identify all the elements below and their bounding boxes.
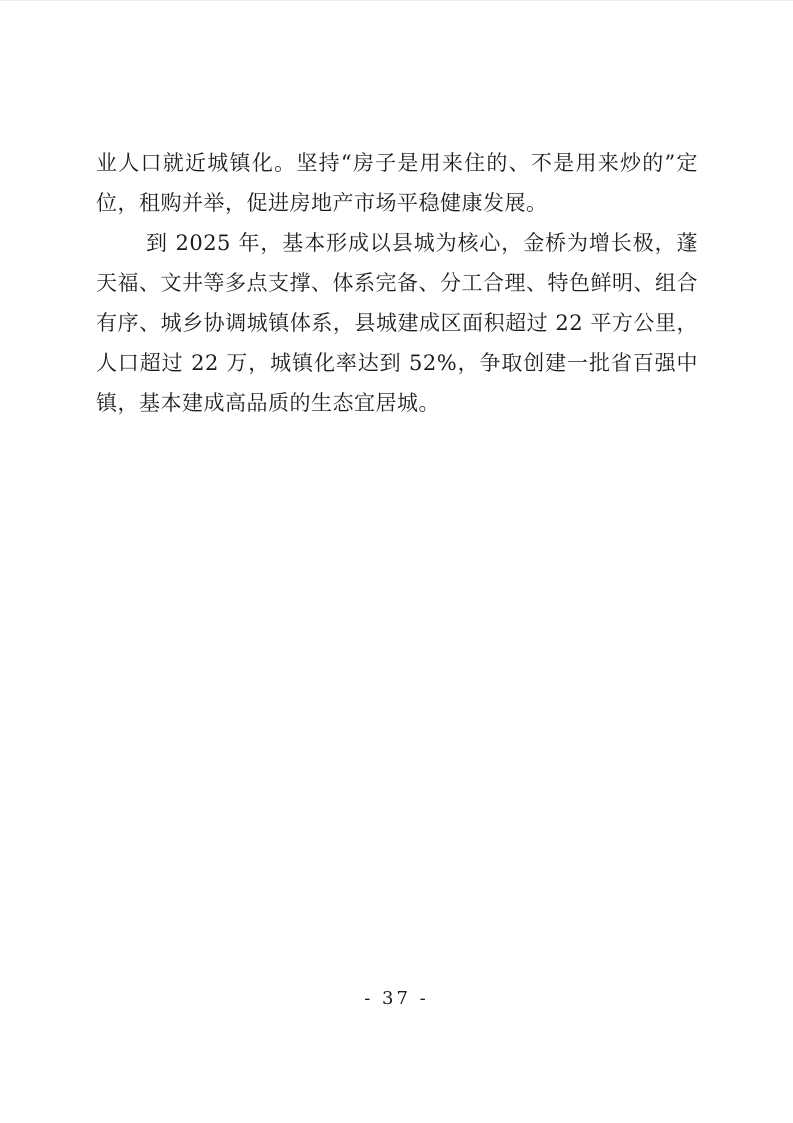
page-number: - 37 -	[0, 987, 793, 1011]
text-line: 到 2025 年，基本形成以县城为核心，金桥为增长极，蓬南、	[96, 223, 698, 263]
text-line: 镇，基本建成高品质的生态宜居城。	[96, 383, 698, 423]
text-line: 业人口就近城镇化。坚持“房子是用来住的、不是用来炒的”定	[96, 143, 698, 183]
text-line: 有序、城乡协调城镇体系，县城建成区面积超过 22 平方公里，	[96, 303, 698, 343]
body-text: 业人口就近城镇化。坚持“房子是用来住的、不是用来炒的”定 位，租购并举，促进房地…	[96, 143, 698, 423]
text-line: 位，租购并举，促进房地产市场平稳健康发展。	[96, 183, 698, 223]
document-page: 业人口就近城镇化。坚持“房子是用来住的、不是用来炒的”定 位，租购并举，促进房地…	[0, 0, 793, 1123]
text-line: 人口超过 22 万，城镇化率达到 52%，争取创建一批省百强中心	[96, 343, 698, 383]
text-line: 天福、文井等多点支撑、体系完备、分工合理、特色鲜明、组合	[96, 263, 698, 303]
